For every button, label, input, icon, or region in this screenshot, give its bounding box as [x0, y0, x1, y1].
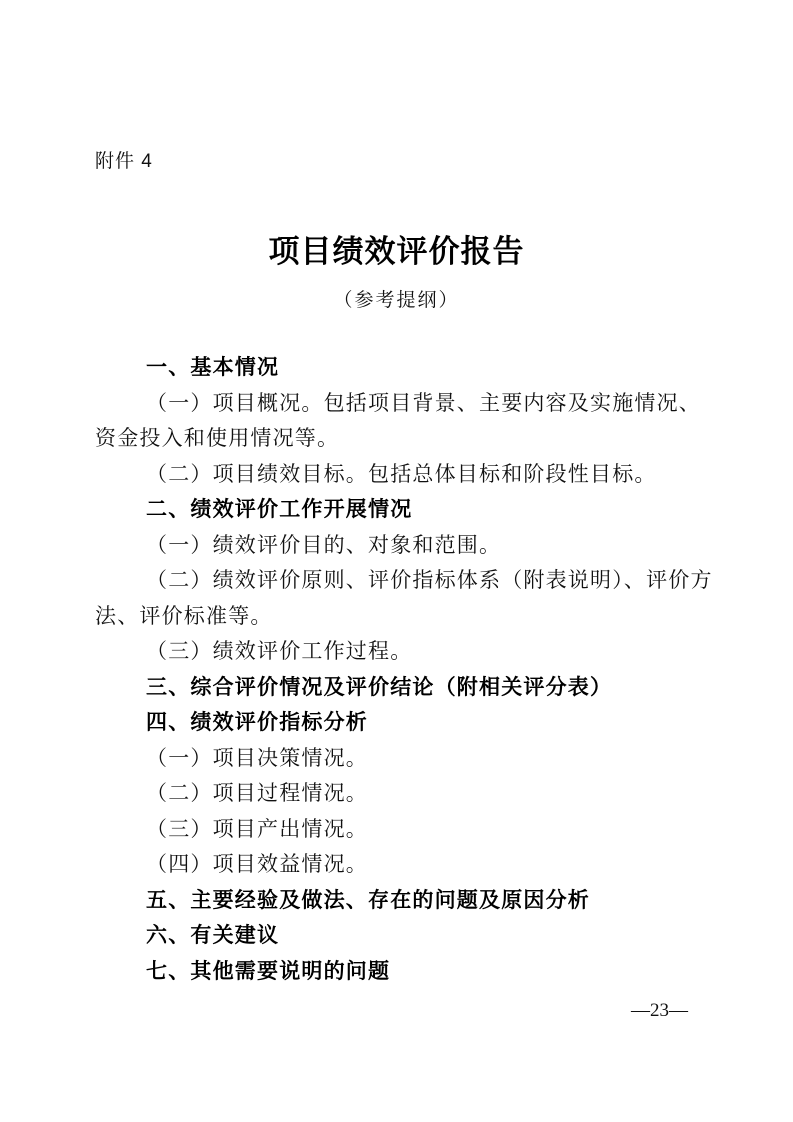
section-heading-3: 三、综合评价情况及评价结论（附相关评分表）: [0, 670, 793, 706]
body-line: （四）项目效益情况。: [0, 847, 793, 883]
section-heading-7: 七、其他需要说明的问题: [0, 954, 793, 990]
body-line: 资金投入和使用情况等。: [0, 421, 793, 457]
document-title: 项目绩效评价报告: [0, 226, 793, 271]
section-heading-2: 二、绩效评价工作开展情况: [0, 492, 793, 528]
body-line: （二）绩效评价原则、评价指标体系（附表说明）、评价方: [0, 563, 793, 599]
document-subtitle: （参考提纲）: [0, 285, 793, 312]
page-number: —23—: [631, 1000, 688, 1022]
body-line: 法、评价标准等。: [0, 599, 793, 635]
document-body: 一、基本情况 （一）项目概况。包括项目背景、主要内容及实施情况、 资金投入和使用…: [0, 350, 793, 989]
body-line: （一）项目概况。包括项目背景、主要内容及实施情况、: [0, 386, 793, 422]
body-line: （一）绩效评价目的、对象和范围。: [0, 528, 793, 564]
body-line: （二）项目过程情况。: [0, 776, 793, 812]
body-line: （三）绩效评价工作过程。: [0, 634, 793, 670]
section-heading-4: 四、绩效评价指标分析: [0, 705, 793, 741]
body-line: （二）项目绩效目标。包括总体目标和阶段性目标。: [0, 457, 793, 493]
section-heading-6: 六、有关建议: [0, 918, 793, 954]
body-line: （一）项目决策情况。: [0, 741, 793, 777]
body-line: （三）项目产出情况。: [0, 812, 793, 848]
attachment-label: 附件 4: [95, 146, 153, 173]
document-page: 附件 4 项目绩效评价报告 （参考提纲） 一、基本情况 （一）项目概况。包括项目…: [0, 0, 793, 1122]
section-heading-1: 一、基本情况: [0, 350, 793, 386]
section-heading-5: 五、主要经验及做法、存在的问题及原因分析: [0, 883, 793, 919]
